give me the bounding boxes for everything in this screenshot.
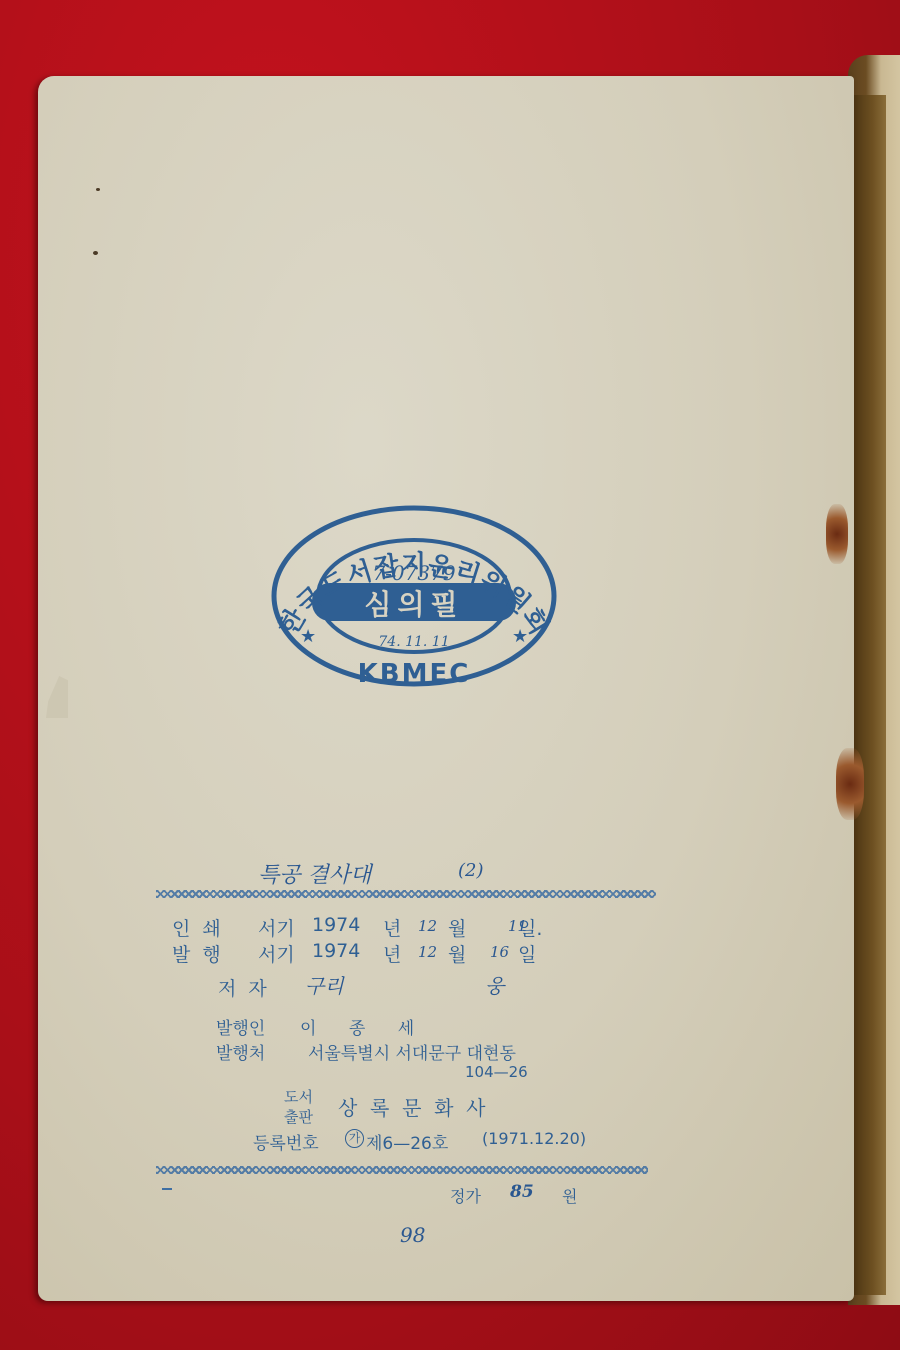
publisher-address-label: 발행처	[216, 1039, 265, 1064]
registration-date: (1971.12.20)	[482, 1129, 586, 1148]
printing-month-unit: 월	[448, 914, 466, 941]
publication-year: 1974	[312, 940, 360, 962]
colophon-block: 특공 결사대 (2) 인 쇄 서기 1974 년 12 월 11 일. 발 행 …	[0, 0, 900, 1350]
printing-month: 12	[418, 917, 437, 935]
company-name: 상 록 문 화 사	[338, 1092, 485, 1121]
price-label: 정가	[450, 1184, 481, 1207]
publication-day: 16	[490, 943, 509, 961]
printing-era: 서기	[258, 914, 295, 941]
price-unit: 원	[562, 1184, 577, 1207]
publication-month: 12	[418, 943, 437, 961]
author-name-suffix: 웅	[485, 970, 504, 999]
decorative-divider	[156, 1166, 648, 1174]
price-value: 85	[510, 1182, 534, 1202]
registration-circled-mark: 가	[345, 1129, 364, 1148]
publisher-address-line1: 서울특별시 서대문구 대현동	[308, 1039, 516, 1064]
publisher-person-label: 발행인	[216, 1014, 265, 1039]
registration-label: 등록번호	[253, 1129, 319, 1154]
printing-day-unit: 일.	[518, 914, 542, 941]
publication-month-unit: 월	[448, 940, 466, 967]
publication-label: 발 행	[172, 940, 221, 967]
author-label: 저 자	[218, 974, 267, 1001]
publisher-address-line2: 104—26	[465, 1063, 528, 1081]
registration-number: 제6—26호	[366, 1129, 448, 1154]
publication-year-unit: 년	[383, 940, 401, 967]
printing-year-unit: 년	[383, 914, 401, 941]
publisher-person-name: 이 종 세	[300, 1014, 414, 1039]
publication-day-unit: 일	[518, 940, 536, 967]
dash-mark	[162, 1188, 172, 1190]
page-number: 98	[400, 1223, 425, 1247]
company-prefix-bottom: 출판	[284, 1106, 313, 1127]
book-title: 특공 결사대	[258, 858, 371, 889]
printing-label: 인 쇄	[172, 914, 221, 941]
decorative-divider	[156, 890, 656, 898]
author-name: 구리	[305, 970, 344, 999]
printing-year: 1974	[312, 914, 360, 936]
company-prefix-top: 도서	[284, 1086, 313, 1107]
publication-era: 서기	[258, 940, 295, 967]
volume-number: (2)	[458, 860, 484, 881]
